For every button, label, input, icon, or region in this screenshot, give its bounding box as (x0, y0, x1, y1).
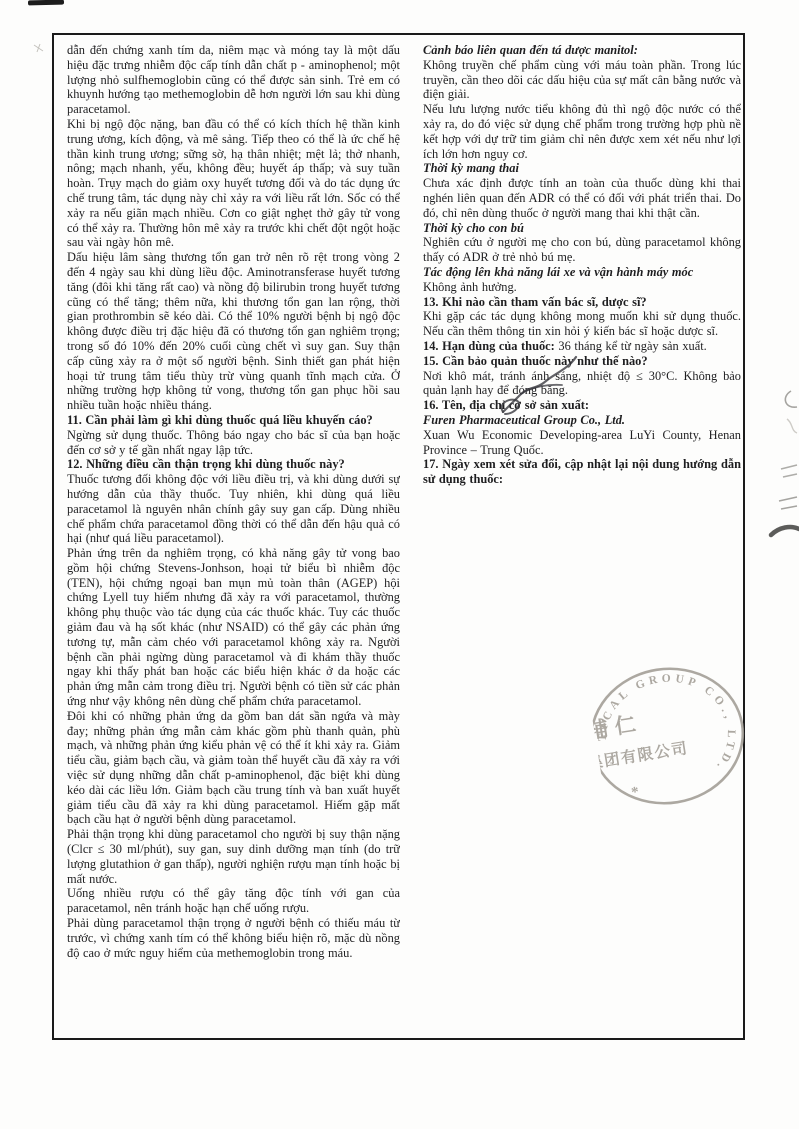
section-heading: 17. Ngày xem xét sửa đổi, cập nhật lại n… (423, 457, 741, 487)
paragraph: Dấu hiệu lâm sàng thương tổn gan trở nên… (67, 250, 400, 413)
paragraph: Uống nhiều rượu có thể gây tăng độc tính… (67, 886, 400, 916)
handwritten-scribble (480, 345, 600, 425)
stamp-cn-line2: 集团有限公司 (586, 738, 690, 773)
paragraph: Phải thận trọng khi dùng paracetamol cho… (67, 827, 400, 886)
sub-heading: Thời kỳ mang thai (423, 161, 741, 176)
paragraph: Phải dùng paracetamol thận trọng ở người… (67, 916, 400, 960)
section-heading: 13. Khi nào cần tham vấn bác sĩ, dược sĩ… (423, 295, 741, 310)
right-edge-marks (767, 383, 799, 551)
paragraph: Không ảnh hưởng. (423, 280, 741, 295)
paragraph: dẫn đến chứng xanh tím da, niêm mạc và m… (67, 43, 400, 117)
paragraph: Chưa xác định được tính an toàn của thuố… (423, 176, 741, 220)
sub-heading: Tác động lên khả năng lái xe và vận hành… (423, 265, 741, 280)
scan-speck (33, 43, 45, 53)
section-heading: 12. Những điều cần thận trọng khi dùng t… (67, 457, 400, 472)
paragraph: Ngừng sử dụng thuốc. Thông báo ngay cho … (67, 428, 400, 458)
paragraph: Xuan Wu Economic Developing-area LuYi Co… (423, 428, 741, 458)
section-heading: 11. Cần phải làm gì khi dùng thuốc quá l… (67, 413, 400, 428)
company-stamp: TICAL GROUP CO., LTD. * 辅仁 集团有限公司 (583, 658, 751, 820)
paragraph: Không truyền chế phẩm cùng với máu toàn … (423, 58, 741, 102)
paragraph: Khi bị ngộ độc nặng, ban đầu có thể có k… (67, 117, 400, 250)
leaflet-frame: dẫn đến chứng xanh tím da, niêm mạc và m… (52, 33, 745, 1040)
paragraph: Đôi khi có những phản ứng da gồm ban dát… (67, 709, 400, 827)
paragraph: Nghiên cứu ở người mẹ cho con bú, dùng p… (423, 235, 741, 265)
sub-heading: Thời kỳ cho con bú (423, 221, 741, 236)
paragraph: Thuốc tương đối không độc với liều điều … (67, 472, 400, 546)
paragraph: Nếu lưu lượng nước tiểu không đủ thì ngộ… (423, 102, 741, 161)
stamp-star: * (630, 784, 640, 801)
paragraph: Khi gặp các tác dụng không mong muốn khi… (423, 309, 741, 339)
scan-smudge-top (28, 0, 64, 5)
sub-heading: Cảnh báo liên quan đến tá dược manitol: (423, 43, 741, 58)
right-column: Cảnh báo liên quan đến tá dược manitol:K… (423, 43, 741, 1032)
paragraph: Phản ứng trên da nghiêm trọng, có khả nă… (67, 546, 400, 709)
left-column: dẫn đến chứng xanh tím da, niêm mạc và m… (67, 43, 400, 1032)
